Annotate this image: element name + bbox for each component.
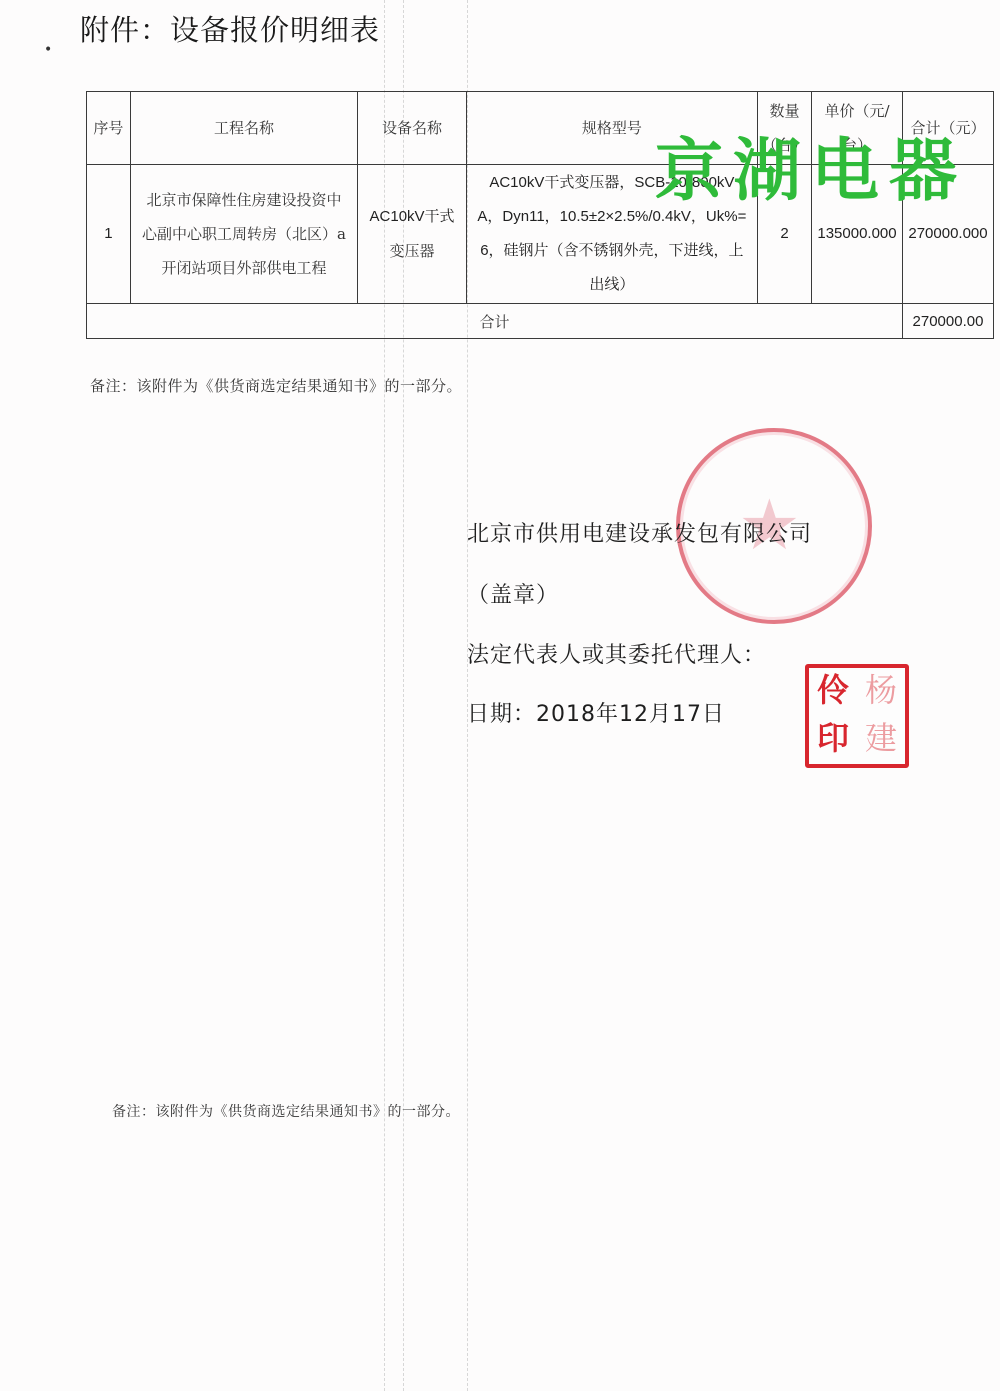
seal-label: （盖章）	[467, 578, 559, 609]
bullet-mark: •	[44, 42, 52, 58]
spec-line: 6，硅钢片（含不锈钢外壳，下进线，上	[471, 234, 753, 268]
equipment-line: AC10kV干式	[362, 200, 461, 234]
total-row: 合计 270000.00	[87, 304, 994, 339]
note-top: 备注：该附件为《供货商选定结果通知书》的一部分。	[90, 375, 462, 396]
header-unit-price: 单价（元/台）	[812, 92, 903, 165]
representative-label: 法定代表人或其委托代理人：	[467, 638, 766, 669]
spec-line: A，Dyn11，10.5±2×2.5%/0.4kV，Uk%=	[471, 200, 753, 234]
header-subtotal: 合计（元）	[902, 92, 993, 165]
note-bottom: 备注：该附件为《供货商选定结果通知书》的一部分。	[112, 1101, 460, 1121]
company-name: 北京市供用电建设承发包有限公司	[467, 517, 812, 548]
table-header-row: 序号 工程名称 设备名称 规格型号 数量（台） 单价（元/台） 合计（元）	[87, 92, 994, 165]
header-spec: 规格型号	[466, 92, 757, 165]
cell-project: 北京市保障性住房建设投资中 心副中心职工周转房（北区）a 开闭站项目外部供电工程	[130, 165, 358, 304]
total-value: 270000.00	[902, 304, 993, 339]
date-label: 日期：2018年12月17日	[467, 697, 725, 728]
header-quantity: 数量（台）	[758, 92, 812, 165]
document-title: 附件：设备报价明细表	[80, 8, 380, 49]
cell-spec: AC10kV干式变压器，SCB-10-800kV A，Dyn11，10.5±2×…	[466, 165, 757, 304]
spec-line: AC10kV干式变压器，SCB-10-800kV	[471, 166, 753, 200]
cell-quantity: 2	[758, 165, 812, 304]
cell-subtotal: 270000.000	[902, 165, 993, 304]
project-line: 心副中心职工周转房（北区）a	[135, 217, 354, 251]
seal-char: 杨	[857, 668, 905, 716]
project-line: 北京市保障性住房建设投资中	[135, 183, 354, 217]
header-project: 工程名称	[130, 92, 358, 165]
seal-char: 伶	[809, 668, 857, 716]
header-index: 序号	[87, 92, 131, 165]
spec-line: 出线）	[471, 268, 753, 302]
cell-equipment: AC10kV干式 变压器	[358, 165, 466, 304]
personal-seal: 伶 印 杨 建	[805, 664, 909, 768]
seal-char: 建	[857, 716, 905, 764]
seal-char: 印	[809, 716, 857, 764]
quote-table: 序号 工程名称 设备名称 规格型号 数量（台） 单价（元/台） 合计（元） 1 …	[86, 91, 994, 339]
cell-unit-price: 135000.000	[812, 165, 903, 304]
project-line: 开闭站项目外部供电工程	[135, 251, 354, 285]
table-row: 1 北京市保障性住房建设投资中 心副中心职工周转房（北区）a 开闭站项目外部供电…	[87, 165, 994, 304]
header-equipment: 设备名称	[358, 92, 466, 165]
total-label: 合计	[87, 304, 903, 339]
cell-index: 1	[87, 165, 131, 304]
equipment-line: 变压器	[362, 234, 461, 268]
